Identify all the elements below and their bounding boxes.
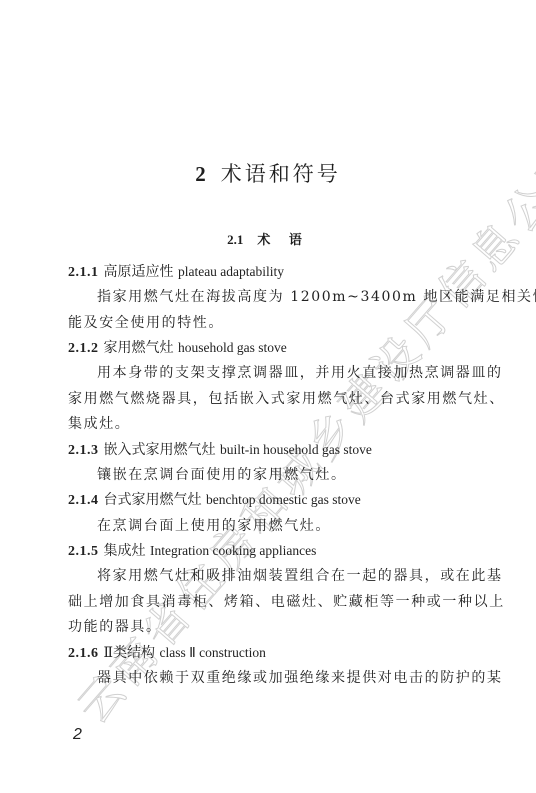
section-number: 2.1 [227, 232, 243, 247]
term-definition-line: 集成灶。 [68, 415, 130, 433]
term-en: household gas stove [178, 340, 287, 355]
section-title-text: 术 语 [257, 233, 309, 248]
term-definition-line: 础上增加食具消毒柜、烤箱、电磁灶、贮藏柜等一种或一种以上 [68, 593, 505, 611]
term-number: 2.1.1 [68, 265, 99, 280]
term-zh: Ⅱ类结构 [104, 645, 156, 661]
term-en: plateau adaptability [178, 264, 284, 279]
term-number: 2.1.4 [68, 493, 99, 508]
term-definition-line: 在烹调台面上使用的家用燃气灶。 [97, 517, 331, 535]
term-en: class Ⅱ construction [159, 645, 265, 660]
term-number: 2.1.5 [68, 544, 99, 559]
term-heading: 2.1.1高原适应性 plateau adaptability [68, 263, 284, 282]
chapter-number: 2 [195, 162, 209, 186]
term-definition-line: 能及安全使用的特性。 [68, 314, 224, 332]
term-en: Integration cooking appliances [150, 543, 316, 558]
section-title: 2.1术 语 [0, 229, 536, 248]
term-definition-line: 功能的器具。 [68, 618, 162, 636]
term-definition-line: 用本身带的支架支撑烹调器皿，并用火直接加热烹调器皿的 [97, 364, 503, 382]
term-number: 2.1.2 [68, 341, 99, 356]
term-heading: 2.1.6Ⅱ类结构 class Ⅱ construction [68, 644, 266, 663]
term-heading: 2.1.2家用燃气灶 household gas stove [68, 339, 287, 358]
term-heading: 2.1.5集成灶 Integration cooking appliances [68, 542, 316, 561]
document-page: 云南省住房和城乡建设厅信息公开浏览专用 2术语和符号 2.1术 语 2.1.1高… [0, 0, 536, 793]
term-zh: 高原适应性 [104, 264, 174, 280]
term-heading: 2.1.4台式家用燃气灶 benchtop domestic gas stove [68, 491, 361, 510]
term-definition-line: 指家用燃气灶在海拔高度为 1200m~3400m 地区能满足相关性 [97, 288, 536, 306]
term-zh: 嵌入式家用燃气灶 [104, 442, 216, 458]
term-definition-line: 家用燃气燃烧器具，包括嵌入式家用燃气灶、台式家用燃气灶、 [68, 390, 505, 408]
chapter-title: 2术语和符号 [0, 158, 536, 188]
term-zh: 台式家用燃气灶 [104, 492, 202, 508]
term-definition-line: 器具中依赖于双重绝缘或加强绝缘来提供对电击的防护的某 [97, 669, 503, 687]
term-definition-line: 镶嵌在烹调台面使用的家用燃气灶。 [97, 466, 347, 484]
term-number: 2.1.3 [68, 443, 99, 458]
page-number: 2 [73, 726, 82, 744]
term-number: 2.1.6 [68, 646, 99, 661]
term-zh: 集成灶 [104, 543, 146, 559]
chapter-title-text: 术语和符号 [221, 162, 341, 186]
term-en: built-in household gas stove [220, 442, 372, 457]
term-en: benchtop domestic gas stove [206, 492, 361, 507]
term-zh: 家用燃气灶 [104, 340, 174, 356]
term-definition-line: 将家用燃气灶和吸排油烟装置组合在一起的器具，或在此基 [97, 567, 503, 585]
term-heading: 2.1.3嵌入式家用燃气灶 built-in household gas sto… [68, 441, 372, 460]
